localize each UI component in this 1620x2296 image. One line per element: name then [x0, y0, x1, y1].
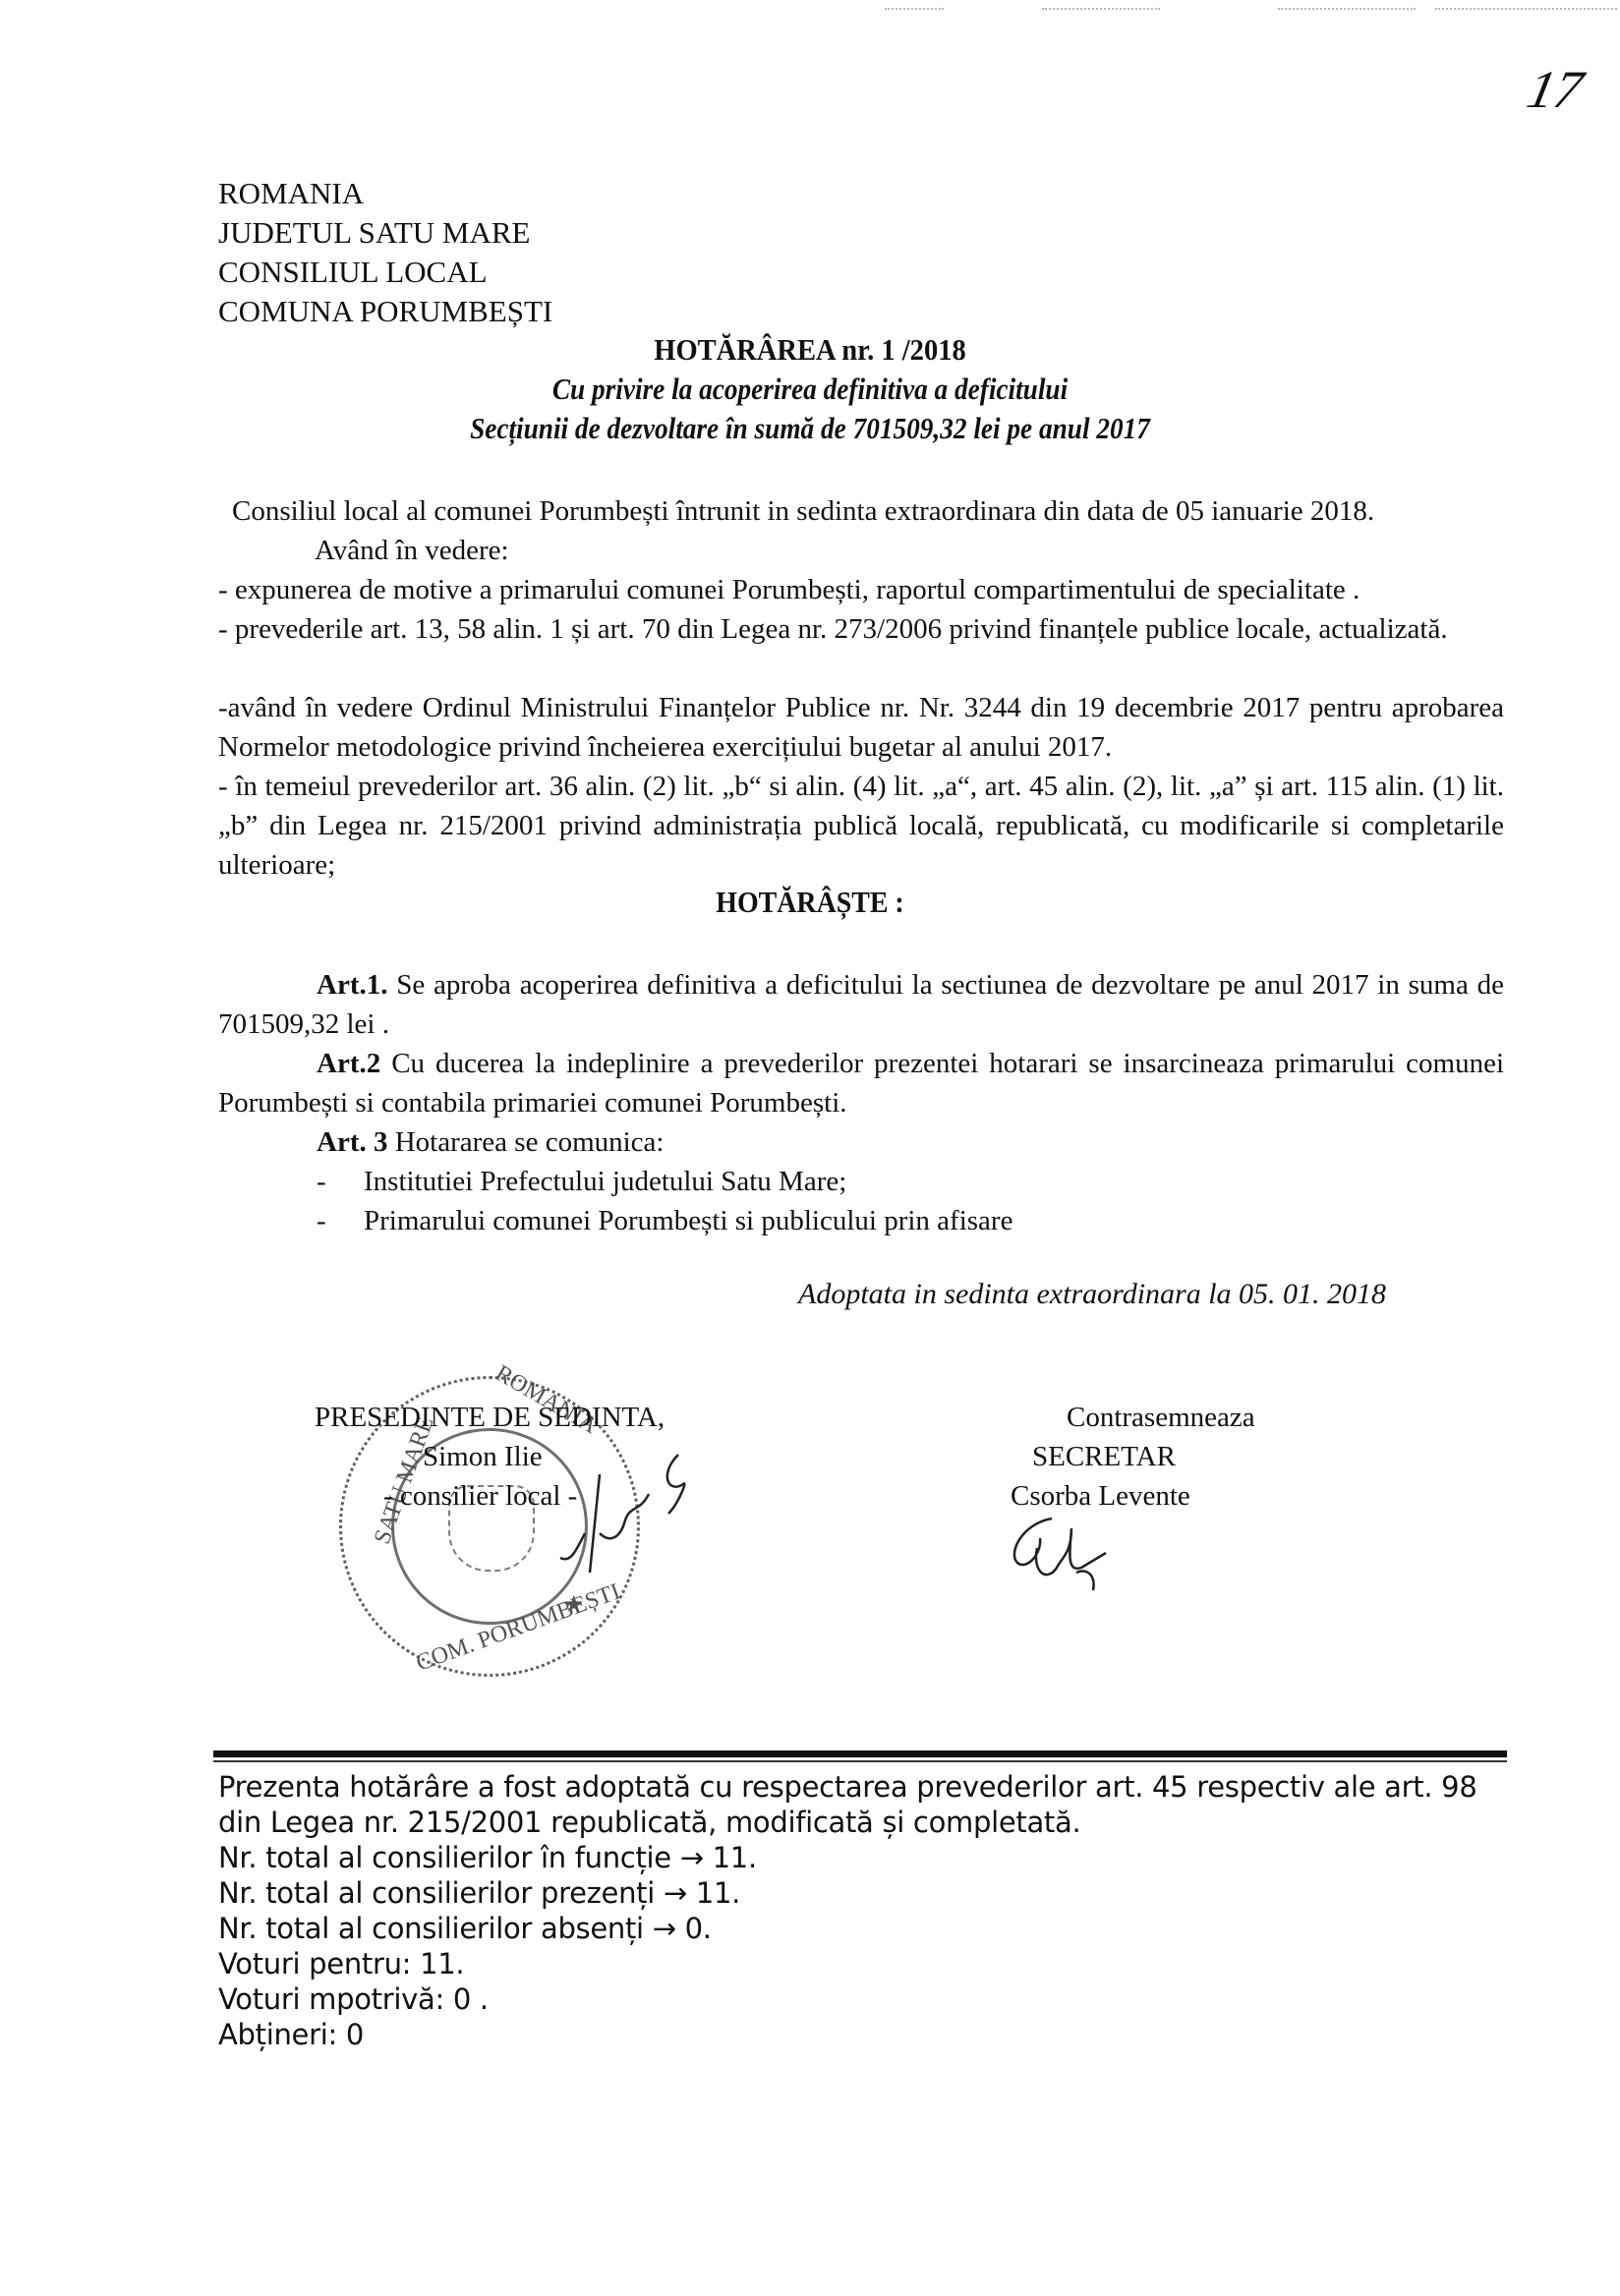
preamble-item: - expunerea de motive a primarului comun… [218, 570, 1504, 609]
stat-votes-against: Voturi mpotrivă: 0 . [218, 1981, 489, 2017]
article-1: Art.1. Se aproba acoperirea definitiva a… [218, 965, 1504, 1044]
secretary-title: SECRETAR [1032, 1437, 1176, 1476]
article-1-text: Se aproba acoperirea definitiva a defici… [218, 969, 1504, 1040]
document-subtitle-2: Secțiunii de dezvoltare în sumă de 70150… [97, 411, 1523, 446]
document-subtitle-1: Cu privire la acoperirea definitiva a de… [97, 372, 1523, 407]
handwritten-page-number: 17 [1522, 59, 1588, 120]
bullet-dash: - [317, 1205, 326, 1236]
stat-councillors-absent: Nr. total al consilierilor absenți → 0. [218, 1911, 712, 1946]
article-2: Art.2 Cu ducerea la indeplinire a preved… [218, 1044, 1504, 1122]
stat-abstentions: Abțineri: 0 [218, 2017, 364, 2052]
president-signature [531, 1435, 708, 1592]
stat-councillors-present: Nr. total al consilierilor prezenți → 11… [218, 1875, 740, 1911]
scan-artifact [885, 8, 944, 12]
recipient-text: Institutiei Prefectului judetului Satu M… [364, 1162, 846, 1201]
header-council: CONSILIUL LOCAL [218, 253, 488, 292]
divider-thin [213, 1760, 1507, 1762]
divider-thick [213, 1751, 1507, 1757]
preamble-item: -având în vedere Ordinul Ministrului Fin… [218, 688, 1504, 767]
decision-heading: HOTĂRÂȘTE : [81, 885, 1538, 920]
article-1-label: Art.1. [317, 969, 387, 1001]
preamble-intro: Consiliul local al comunei Porumbești în… [232, 491, 1374, 531]
recipient-item: - Primarului comunei Porumbești si publi… [317, 1201, 326, 1240]
scan-artifact [1435, 8, 1617, 12]
bullet-dash: - [317, 1166, 326, 1197]
article-2-text: Cu ducerea la indeplinire a prevederilor… [218, 1048, 1504, 1119]
preamble-item: - prevederile art. 13, 58 alin. 1 și art… [218, 609, 1504, 649]
article-3: Art. 3 Hotararea se comunica: [317, 1122, 664, 1162]
adoption-note: Adoptata in sedinta extraordinara la 05.… [798, 1278, 1386, 1311]
header-county: JUDETUL SATU MARE [218, 213, 530, 253]
footer-statement-2: din Legea nr. 215/2001 republicată, modi… [218, 1805, 1080, 1840]
header-commune: COMUNA PORUMBEȘTI [218, 292, 552, 331]
article-3-label: Art. 3 [317, 1126, 387, 1158]
stat-votes-for: Voturi pentru: 11. [218, 1946, 464, 1981]
secretary-signature [1003, 1514, 1130, 1592]
secretary-name: Csorba Levente [1011, 1476, 1190, 1516]
scan-artifact [1278, 8, 1416, 12]
countersign-label: Contrasemneaza [1067, 1398, 1255, 1437]
article-3-text: Hotararea se comunica: [387, 1126, 664, 1158]
preamble-item: - în temeiul prevederilor art. 36 alin. … [218, 767, 1504, 885]
scan-artifact [1042, 8, 1160, 12]
president-name: Simon Ilie [423, 1437, 543, 1476]
recipient-text: Primarului comunei Porumbești si publicu… [364, 1201, 1012, 1240]
stat-councillors-in-office: Nr. total al consilierilor în funcție → … [218, 1840, 757, 1875]
header-country: ROMANIA [218, 174, 364, 213]
footer-statement-1: Prezenta hotărâre a fost adoptată cu res… [218, 1769, 1476, 1805]
seal-star-icon: ★ [563, 1590, 585, 1619]
article-2-label: Art.2 [317, 1048, 380, 1079]
preamble-considering: Având în vedere: [315, 531, 509, 570]
president-title: PRESEDINTE DE SEDINTA, [315, 1398, 665, 1437]
recipient-item: - Institutiei Prefectului judetului Satu… [317, 1162, 326, 1201]
document-title: HOTĂRÂREA nr. 1 /2018 [65, 332, 1555, 368]
